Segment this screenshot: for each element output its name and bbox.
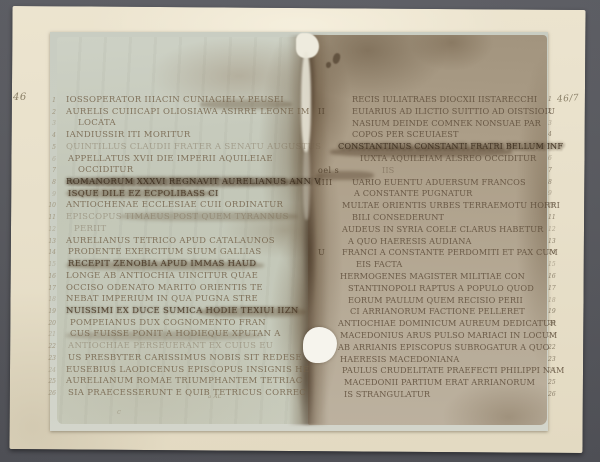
manuscript-line: OCCISO ODENATO MARITO ORIENTIS TE bbox=[66, 284, 263, 293]
pencil-line-number: 13 bbox=[44, 238, 56, 245]
manuscript-line: ANTIOCHIAE PERSEUERANT EX CUIUS EU bbox=[68, 342, 273, 351]
manuscript-line: IANDIUSSIR ITI MORITUR bbox=[66, 131, 191, 140]
pencil-line-number: 7 bbox=[548, 167, 560, 174]
pencil-line-number: 6 bbox=[44, 156, 56, 163]
pencil-line-number: 5 bbox=[548, 143, 560, 150]
pencil-line-number: 13 bbox=[548, 238, 560, 245]
pencil-line-number: 24 bbox=[44, 367, 56, 374]
manuscript-line: LONGE AB ANTIOCHIA UINCITUR QUAE bbox=[66, 272, 258, 281]
pencil-line-number: 8 bbox=[44, 179, 56, 186]
ink-margin-numeral: U bbox=[318, 248, 325, 257]
manuscript-line: AURELIANUM ROMAE TRIUMPHANTEM TETRIAC bbox=[66, 377, 303, 386]
pencil-line-number: 7 bbox=[44, 167, 56, 174]
manuscript-line: MACEDONII PARTIUM ERAT ARRIANORUM bbox=[344, 378, 535, 387]
manuscript-line: EORUM PAULUM QUEM RECISIO PERII bbox=[348, 296, 523, 305]
pencil-line-number: 16 bbox=[44, 273, 56, 280]
manuscript-line: AURELIS CUIIICAPI OLIOSIAWA ASIRRE LEONE… bbox=[66, 108, 310, 117]
manuscript-line: RECEPIT ZENOBIA APUD IMMAS HAUD bbox=[68, 260, 256, 269]
manuscript-line: IOSSOPERATOR IIIACIN CUNIACIEI Y PEUSEI bbox=[66, 96, 284, 105]
manuscript-line: HAERESIS MACEDONIANA bbox=[340, 355, 459, 364]
ink-margin-numeral: oel s bbox=[318, 166, 339, 175]
pencil-line-number: 2 bbox=[548, 108, 560, 115]
pencil-line-number: 20 bbox=[44, 320, 56, 327]
pencil-line-number: 8 bbox=[548, 179, 560, 186]
manuscript-line: IS STRANGULATUR bbox=[344, 390, 430, 399]
pencil-line-number: 19 bbox=[44, 308, 56, 315]
pencil-line-number: 19 bbox=[548, 308, 560, 315]
manuscript-line: SIA PRAECESSERUNT E QUIB TETRICUS CORREC bbox=[68, 389, 306, 398]
manuscript-line: PAULUS CRUDELITATE PRAEFECTI PHILIPPI NA… bbox=[342, 366, 564, 375]
manuscript-line: CI ARRIANORUM FACTIONE PELLERET bbox=[350, 307, 525, 316]
manuscript-line: NEBAT IMPERIUM IN QUA PUGNA STRE bbox=[66, 295, 258, 304]
pencil-line-number: 15 bbox=[548, 261, 560, 268]
manuscript-line: NUISSIMI EX DUCE SUMICA HODIE TEXIUI IIZ… bbox=[66, 307, 299, 316]
pencil-line-number: 3 bbox=[548, 120, 560, 127]
manuscript-plate-photo: IOSSOPERATOR IIIACIN CUNIACIEI Y PEUSEIA… bbox=[0, 0, 600, 462]
manuscript-line: A QUO HAERESIS AUDIANA bbox=[348, 237, 471, 246]
manuscript-line: NASIUM DEINDE COMNEK NONSUAE PAR bbox=[352, 119, 541, 128]
pencil-line-number: 11 bbox=[548, 214, 560, 221]
pencil-line-number: 21 bbox=[44, 331, 56, 338]
manuscript-line: HERMOGENES MAGISTER MILITIAE CON bbox=[340, 272, 525, 281]
pencil-line-number: 6 bbox=[548, 155, 560, 162]
damage-streak bbox=[301, 52, 311, 152]
pencil-line-number: 26 bbox=[548, 391, 560, 398]
manuscript-line: IIS bbox=[382, 166, 394, 175]
pencil-line-number: 12 bbox=[548, 226, 560, 233]
pencil-line-number: 21 bbox=[548, 332, 560, 339]
pencil-line-number: 14 bbox=[44, 249, 56, 256]
manuscript-line: COPOS PER SCEUIAEST bbox=[352, 130, 459, 139]
pencil-line-number: 25 bbox=[548, 379, 560, 386]
pencil-line-number: 15 bbox=[44, 261, 56, 268]
pencil-line-number: 18 bbox=[548, 297, 560, 304]
pencil-line-number: 20 bbox=[548, 320, 560, 327]
pencil-line-number: 2 bbox=[44, 109, 56, 116]
manuscript-line: BILI CONSEDERUNT bbox=[352, 213, 444, 222]
manuscript-line: CONSTANTINUS CONSTANTI FRATRI BELLUM INF bbox=[338, 142, 563, 151]
manuscript-line: POMPEIANUS DUX COGNOMENTO FRAN bbox=[70, 319, 266, 328]
pencil-line-number: 11 bbox=[44, 214, 56, 221]
manuscript-line: ANTIOCHIAE DOMINICUM AUREUM DEDICATUR bbox=[338, 319, 556, 328]
pencil-number-top-right: 46/7 bbox=[557, 93, 580, 105]
ink-margin-numeral: II bbox=[318, 107, 325, 116]
manuscript-line: EUIARIUS AD ILICTIO SUITTIO AD OISTSIOIU bbox=[352, 107, 555, 116]
pencil-line-number: 22 bbox=[44, 343, 56, 350]
pencil-line-number: 5 bbox=[44, 144, 56, 151]
pencil-line-number: 1 bbox=[44, 97, 56, 104]
manuscript-line: PERIIT bbox=[74, 225, 107, 234]
pencil-line-number: 12 bbox=[44, 226, 56, 233]
pencil-line-number: 4 bbox=[548, 131, 560, 138]
pencil-number-top-left: 46 bbox=[13, 92, 27, 103]
manuscript-line: A CONSTANTE PUGNATUR bbox=[354, 189, 472, 198]
pencil-line-number: 9 bbox=[44, 191, 56, 198]
manuscript-line: ROMANORUM XXXVI REGNAVIT AURELIANUS ANN … bbox=[66, 178, 321, 187]
manuscript-line: UARIO EUENTU ADUERSUM FRANCOS bbox=[352, 178, 526, 187]
pencil-line-number: 10 bbox=[548, 202, 560, 209]
pencil-line-number: 17 bbox=[548, 285, 560, 292]
manuscript-line: MACEDONIUS ARUS PULSO MARIACI IN LOCUM bbox=[340, 331, 557, 340]
pencil-mark-bottom: c bbox=[117, 408, 121, 416]
manuscript-line: US PRESBYTER CARISSIMUS NOBIS SIT REDESE bbox=[68, 354, 302, 363]
manuscript-line: EPISCOPUS TIMAEUS POST QUEM TYRANNUS bbox=[66, 213, 289, 222]
manuscript-line: PRODENTE EXERCITUM SUUM GALLIAS bbox=[68, 248, 261, 257]
manuscript-line: APPELLATUS XVII DIE IMPERII AQUILEIAE bbox=[68, 155, 273, 164]
pencil-line-number: 4 bbox=[44, 132, 56, 139]
pencil-line-number: 22 bbox=[548, 344, 560, 351]
pencil-line-number: 16 bbox=[548, 273, 560, 280]
pencil-line-number: 23 bbox=[44, 355, 56, 362]
manuscript-line: ANTIOCHENAE ECCLESIAE CUII ORDINATUR bbox=[66, 201, 283, 210]
manuscript-line: STANTINOPOLI RAPTUS A POPULO QUOD bbox=[348, 284, 534, 293]
pencil-line-number: 18 bbox=[44, 296, 56, 303]
manuscript-line: AUDEUS IN SYRIA COELE CLARUS HABETUR bbox=[342, 225, 543, 234]
manuscript-line: ISQUE DILE EZ ECPOLIBASS CI bbox=[68, 190, 219, 199]
manuscript-line: EIS FACTA bbox=[356, 260, 402, 269]
pencil-line-number: 17 bbox=[44, 285, 56, 292]
manuscript-line: AURELIANUS TETRICO APUD CATALAUNOS bbox=[66, 237, 275, 246]
manuscript-line: OCCIDITUR bbox=[78, 166, 133, 175]
pencil-line-number: 23 bbox=[548, 356, 560, 363]
manuscript-line: FRANCI A CONSTANTE PERDOMITI ET PAX CUM bbox=[342, 248, 558, 257]
manuscript-line: AB ARRIANIS EPISCOPUS SUBROGATUR A QUO bbox=[338, 343, 550, 352]
pencil-line-number: 14 bbox=[548, 249, 560, 256]
manuscript-line: IUXTA AQUILEIAM ALSREO OCCIDITUR bbox=[360, 154, 536, 163]
manuscript-line: LOCATA bbox=[78, 119, 116, 128]
manuscript-line: RECIS IULIATRAES DIOCXII IISTARECCHI bbox=[352, 95, 537, 104]
ink-margin-numeral: IIII bbox=[318, 178, 333, 187]
manuscript-line: CUS FUISSE PONIT A HODIEQUE XPUTAN A bbox=[70, 330, 281, 339]
pencil-line-number: 24 bbox=[548, 367, 560, 374]
pencil-line-number: 10 bbox=[44, 202, 56, 209]
pencil-line-number: 9 bbox=[548, 190, 560, 197]
pencil-line-number: 3 bbox=[44, 120, 56, 127]
manuscript-line: EUSEBIUS LAODICENUS EPISCOPUS INSIGNIS H… bbox=[66, 366, 309, 375]
pencil-line-number: 26 bbox=[44, 390, 56, 397]
manuscript-line: MULTAE ORIENTIS URBES TERRAEMOTU HORRI bbox=[342, 201, 560, 210]
pencil-line-number: 25 bbox=[44, 378, 56, 385]
manuscript-line: QUINTILLUS CLAUDII FRATER A SENATU AUGUS… bbox=[66, 143, 321, 152]
pencil-note-bottom: a AL bbox=[208, 394, 222, 400]
